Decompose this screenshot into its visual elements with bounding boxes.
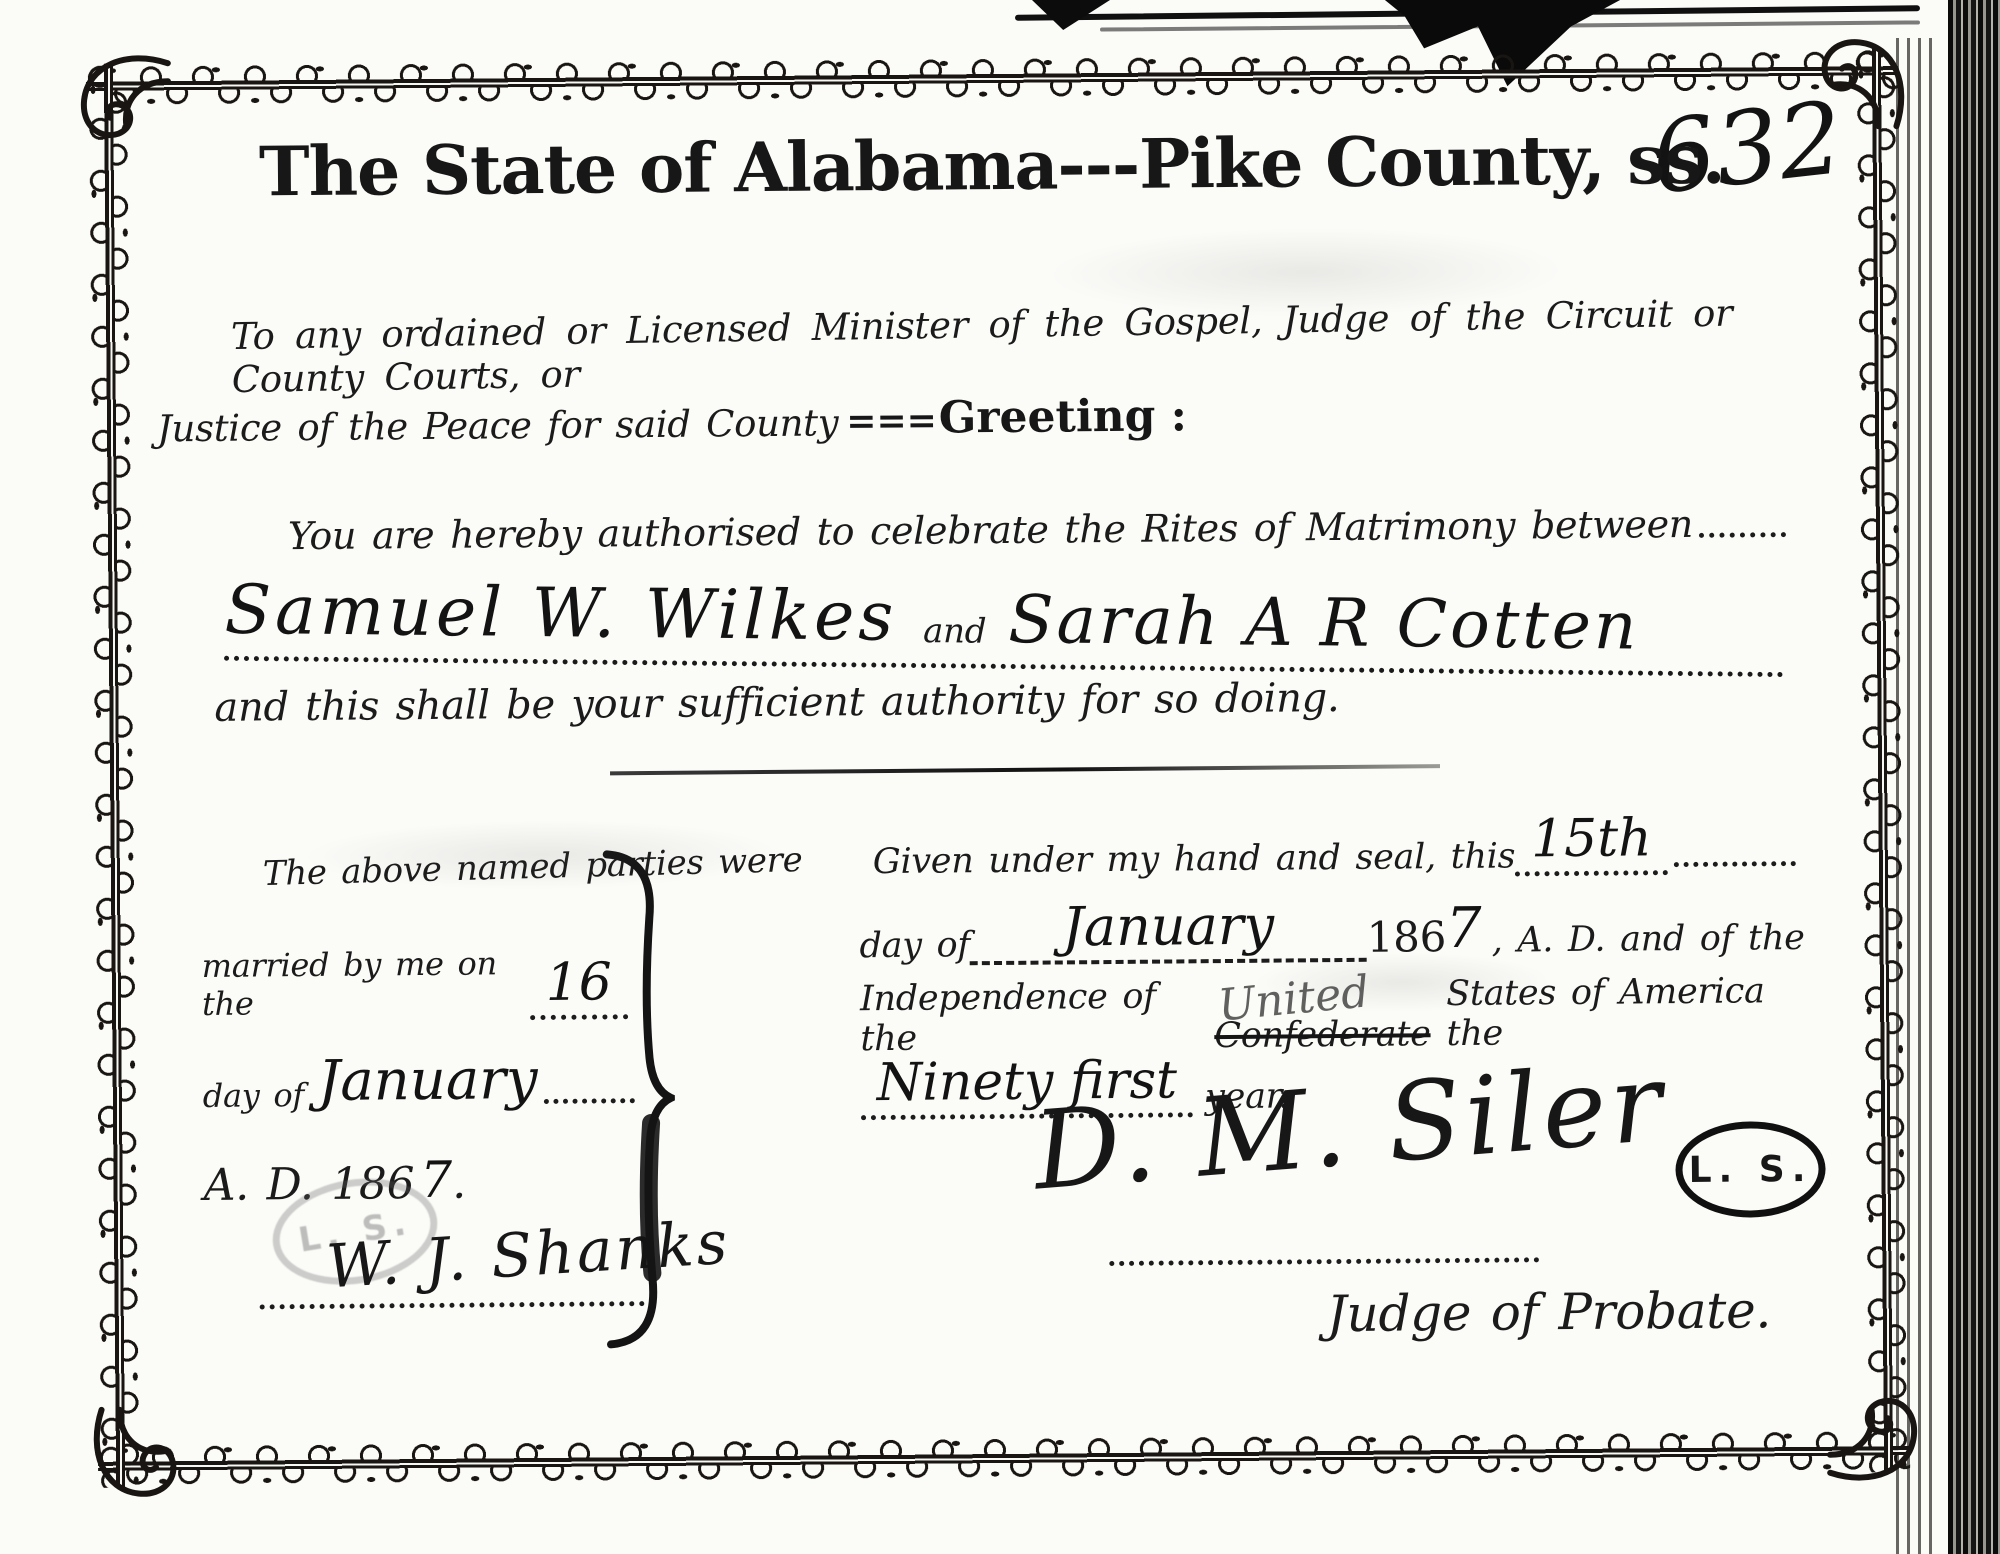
salutation-greeting: Greeting : bbox=[939, 390, 1188, 443]
day-of-label: day of bbox=[859, 925, 970, 966]
groom-name: Samuel W. Wilkes bbox=[224, 571, 898, 657]
salutation-dashes: === bbox=[846, 400, 937, 443]
separator-rule bbox=[610, 764, 1440, 775]
notary-seal: L. S. bbox=[1675, 1121, 1826, 1218]
independence-prefix: Independence of the bbox=[860, 976, 1199, 1059]
conjunction: and bbox=[923, 611, 986, 652]
given-label: Given under my hand and seal, this bbox=[873, 836, 1516, 882]
corner-flourish-icon bbox=[79, 1399, 190, 1510]
judge-title: Judge of Probate. bbox=[1327, 1281, 1772, 1343]
bride-name: Sarah A R Cotten bbox=[1008, 581, 1640, 665]
fill-rule bbox=[1674, 851, 1796, 867]
signature-rule bbox=[1109, 1257, 1539, 1266]
license-day-value: 15th bbox=[1515, 808, 1668, 876]
return-day-of-label: day of bbox=[203, 1076, 304, 1115]
salutation-line2: Justice of the Peace for said County bbox=[157, 401, 839, 450]
border-ornament-bottom bbox=[98, 1428, 1910, 1488]
fill-rule bbox=[1699, 522, 1786, 538]
certificate-title: The State of Alabama---Pike County, ss. bbox=[126, 118, 1857, 213]
salutation-line1: To any ordained or Licensed Minister of … bbox=[231, 290, 1802, 401]
married-by-label: married by me on the bbox=[202, 944, 530, 1023]
border-ornament-left bbox=[86, 64, 142, 1488]
bleed-through-smudge bbox=[1045, 225, 1566, 320]
brace-decoration bbox=[599, 848, 677, 1349]
corner-flourish-icon bbox=[1819, 1384, 1930, 1495]
scanned-marriage-license-page: 632 The State of Alabama---Pike County, … bbox=[0, 0, 2000, 1554]
authorization-closing: and this shall be your sufficient author… bbox=[214, 675, 1339, 731]
authorization-lead: You are hereby authorised to celebrate t… bbox=[288, 502, 1693, 558]
border-ornament-top bbox=[86, 48, 1898, 108]
signature-rule bbox=[260, 1301, 655, 1309]
book-binding-edge bbox=[1948, 0, 2000, 1554]
bleed-through-smudge bbox=[300, 818, 781, 892]
return-year-period: . bbox=[452, 1158, 466, 1209]
bleed-through-smudge bbox=[1252, 951, 1553, 1014]
return-month-value: January bbox=[318, 1047, 538, 1114]
certificate-sheet: 632 The State of Alabama---Pike County, … bbox=[86, 48, 1910, 1488]
